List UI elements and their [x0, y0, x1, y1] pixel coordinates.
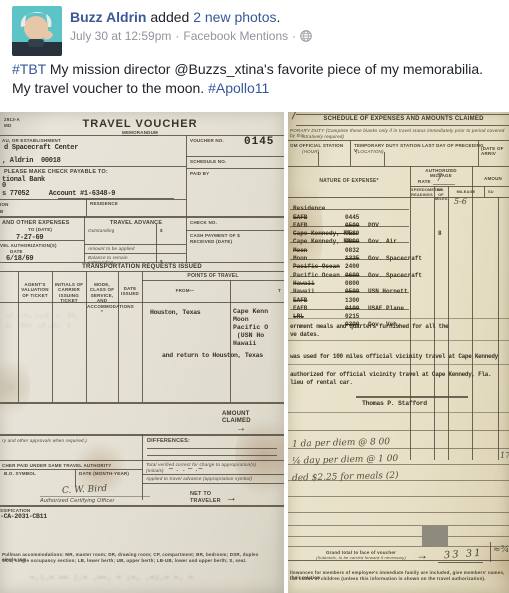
- expense-row: Hawaii 0500: [288, 272, 509, 280]
- cash-payment-label: CASH PAYMENT OF $: [190, 233, 240, 238]
- col-mileage: MILEAGE: [450, 190, 482, 195]
- separator-dot: ·: [175, 29, 179, 43]
- post-header-text: Buzz Aldrin added 2 new photos. July 30 …: [70, 6, 312, 56]
- col-from: FROM—: [160, 288, 210, 293]
- location-label: (LOCATION): [356, 149, 384, 154]
- date-month-year-label: DATE (MONTH-YEAR): [79, 471, 129, 476]
- expense-row: EAFB 0215 Gov. Veh.: [288, 297, 509, 305]
- rate-label3: RATE: [418, 179, 431, 184]
- shaded-cell: [422, 525, 448, 546]
- expense-row: Cape Kennedy, Fla. 0832 Gov. Spacecraft: [288, 230, 509, 238]
- net-to-label1: NET TO: [190, 491, 211, 498]
- from-value: Houston, Texas: [150, 309, 200, 317]
- schedule-no-label: SCHEDULE NO.: [190, 159, 226, 164]
- residence-frag: ION: [0, 202, 9, 207]
- arrow-right-icon: →: [226, 492, 237, 504]
- expense-row: Moon 2400 Gov. Spacecraft: [288, 247, 509, 255]
- col-subsistence: SU: [488, 190, 494, 195]
- hashtag-tbt[interactable]: #TBT: [12, 61, 46, 77]
- rate-value-handwritten: 7: [436, 174, 442, 184]
- received-label: RECEIVED (DATE): [190, 239, 232, 244]
- vicinity-note3: lieu of rental car.: [290, 379, 353, 387]
- post-byline: Buzz Aldrin added 2 new photos.: [70, 8, 312, 27]
- meals-note2: ve dates.: [290, 331, 320, 339]
- pullman-note2: SOS, single occupancy section; LB, lower…: [2, 558, 272, 563]
- arrival-label: (DATE OF ARRIV: [481, 146, 509, 157]
- auth-date-label: DATE: [10, 249, 23, 254]
- expense-row: Moon 1325: [288, 238, 509, 246]
- return-line: and return to Houston, Texas: [162, 352, 263, 360]
- handwritten-notes: 1 da per diem @ 8 00¼ day per diem @ 1 0…: [292, 434, 492, 485]
- total-verified-label: Total verified correct for charge to app…: [146, 462, 278, 467]
- hour-label: (HOUR): [302, 149, 319, 154]
- same-authority-label: CHER PAID UNDER SAME TRAVEL AUTHORITY: [2, 463, 112, 468]
- official-station-label: OM OFFICIAL STATION: [290, 143, 343, 148]
- to-point: Cape Kenn: [233, 308, 284, 316]
- expense-row: Residence 0445 POV 8: [288, 197, 509, 205]
- grand-total-label2: (Subtotals, to be carried forward if nec…: [306, 556, 416, 561]
- post-meta: July 30 at 12:59pm · Facebook Mentions ·: [70, 29, 312, 43]
- photo-grid: 2913-A md TRAVEL VOUCHER MEMORANDUM AU, …: [0, 112, 509, 593]
- col-agent-valuation: AGENT'S VALUATION OF TICKET: [19, 282, 51, 298]
- post-header: Buzz Aldrin added 2 new photos. July 30 …: [12, 6, 312, 56]
- handwritten-amount-fragment: 17: [500, 452, 509, 460]
- to-point: Moon: [233, 316, 284, 324]
- net-to-label2: TRAVELER: [190, 498, 221, 505]
- facebook-post: Buzz Aldrin added 2 new photos. July 30 …: [0, 0, 509, 593]
- payable-label: PLEASE MAKE CHECK PAYABLE TO:: [4, 169, 108, 176]
- voucher-no-label: VOUCHER NO.: [190, 138, 224, 143]
- family-note2: ital status of children (unless this inf…: [290, 576, 509, 581]
- nature-of-expense-label: NATURE OF EXPENSE*: [288, 178, 410, 184]
- payable-value: tional Bank: [2, 176, 45, 185]
- separator-dot: ·: [292, 29, 296, 43]
- arrow-right-icon: →: [236, 423, 246, 434]
- paid-by-label: PAID BY: [190, 171, 209, 176]
- auth-label: VEL AUTHORIZATION(S): [0, 243, 57, 248]
- stafford-signature: Thomas P. Stafford: [362, 400, 427, 408]
- outstanding-label: Outstanding: [88, 228, 114, 233]
- col-initials-carrier: INITIALS OF CARRIER ISSUING TICKET: [53, 282, 85, 304]
- via-link[interactable]: Facebook Mentions: [183, 29, 288, 43]
- dept-label: AU, OR ESTABLISHMENT: [2, 138, 61, 143]
- dollar-sign: $: [160, 228, 163, 233]
- applied-advance-label: Applied to travel advance (appropriation…: [146, 476, 252, 481]
- expense-row: EAFB 0500: [288, 205, 509, 213]
- schedule-title: SCHEDULE OF EXPENSES AND AMOUNTS CLAIMED: [298, 116, 509, 123]
- meals-note1: ernment meals and quarters furnished for…: [290, 323, 448, 331]
- check-no-label: CHECK NO.: [190, 220, 217, 225]
- differences-label: DIFFERENCES:: [147, 438, 190, 445]
- expense-row: Cape Kennedy, Fla. 0800: [288, 222, 509, 230]
- expense-row: Hawaii 1300 USAF Plane: [288, 280, 509, 288]
- to-date-value: 7-27-69: [16, 234, 43, 243]
- certifying-signature: C. W. Bird: [62, 485, 108, 496]
- to-date-label: TO (DATE): [28, 227, 52, 232]
- voucher-form-number2: md: [4, 123, 11, 128]
- certifying-title: Authorized Certifying Officer: [40, 498, 115, 505]
- hashtag-apollo11[interactable]: #Apollo11: [208, 80, 269, 96]
- photo-expense-schedule[interactable]: SCHEDULE OF EXPENSES AND AMOUNTS CLAIMED…: [288, 112, 509, 593]
- author-link[interactable]: Buzz Aldrin: [70, 9, 146, 25]
- bo-symbol-label: B.O. SYMBOL: [4, 471, 36, 476]
- vicinity-note2: authorized for official vicinity travel …: [290, 371, 491, 379]
- col-speedometer: SPEEDOMETER READINGS: [411, 188, 433, 197]
- to-point: (USN Ho: [233, 332, 284, 340]
- vicinity-note1: was used for 100 miles official vicinity…: [290, 353, 498, 361]
- expense-rows: Residence 0445 POV 8 EAFB 0500 EAFB: [288, 197, 509, 313]
- expense-row: LRL 0300: [288, 305, 509, 313]
- to-points-list: Cape KennMoonPacific O (USN HoHawaii: [233, 308, 284, 348]
- voucher-no-value: 0145: [244, 136, 274, 150]
- initials-label: (Initials): [146, 468, 164, 473]
- schedule-note2: istratively required): [302, 134, 344, 139]
- edge-scribble: ≈¾: [493, 546, 509, 555]
- paper-stain: [0, 352, 30, 422]
- amount-applied-label: Amount to be applied: [88, 246, 135, 251]
- photo-travel-voucher[interactable]: 2913-A md TRAVEL VOUCHER MEMORANDUM AU, …: [0, 112, 284, 593]
- to-point: Pacific O: [233, 324, 284, 332]
- byline-period: .: [277, 9, 281, 25]
- globe-privacy-icon: [300, 30, 312, 42]
- points-of-travel-label: POINTS OF TRAVEL: [142, 273, 284, 279]
- payee-line: , Aldrin 00018: [2, 157, 61, 166]
- photos-link[interactable]: 2 new photos: [193, 9, 276, 25]
- voucher-form-number: 2913-A: [4, 117, 20, 122]
- approvals-note: ry and other approvals when required.): [2, 438, 87, 443]
- col-mode-class: MODE, CLASS OF SERVICE, AND ACCOMMODATIO…: [87, 282, 117, 314]
- expense-row: EAFB 0530 Gov. Air: [288, 214, 509, 222]
- expense-row: Pacific Ocean 0600: [288, 255, 509, 263]
- avatar-image: [12, 6, 62, 56]
- classification-no: -CA-2031-CB11: [0, 513, 47, 521]
- dept-value: d Spacecraft Center: [4, 144, 78, 153]
- expense-row: Pacific Ocean 0800 USN Hornett: [288, 263, 509, 271]
- avatar[interactable]: [12, 6, 62, 56]
- expense-row: EAFB 0100: [288, 288, 509, 296]
- residence-frag2: B: [0, 209, 3, 214]
- post-message: #TBT My mission director @Buzzs_xtina's …: [12, 60, 498, 98]
- to-point: Hawaii: [233, 340, 284, 348]
- timestamp-link[interactable]: July 30 at 12:59pm: [70, 29, 171, 43]
- col-date-issued: DATE ISSUED: [119, 286, 141, 297]
- travel-advance-label: TRAVEL ADVANCE: [90, 220, 182, 227]
- byline-action: added: [146, 9, 193, 25]
- residence-label: RESIDENCE: [90, 201, 118, 206]
- other-expenses-label: AND OTHER EXPENSES: [2, 220, 69, 227]
- mileage-scribble: 5-6: [454, 198, 467, 206]
- amount-label: AMOUN: [484, 176, 502, 181]
- col-to: T: [278, 288, 281, 293]
- arrow-right-icon: →: [416, 548, 428, 562]
